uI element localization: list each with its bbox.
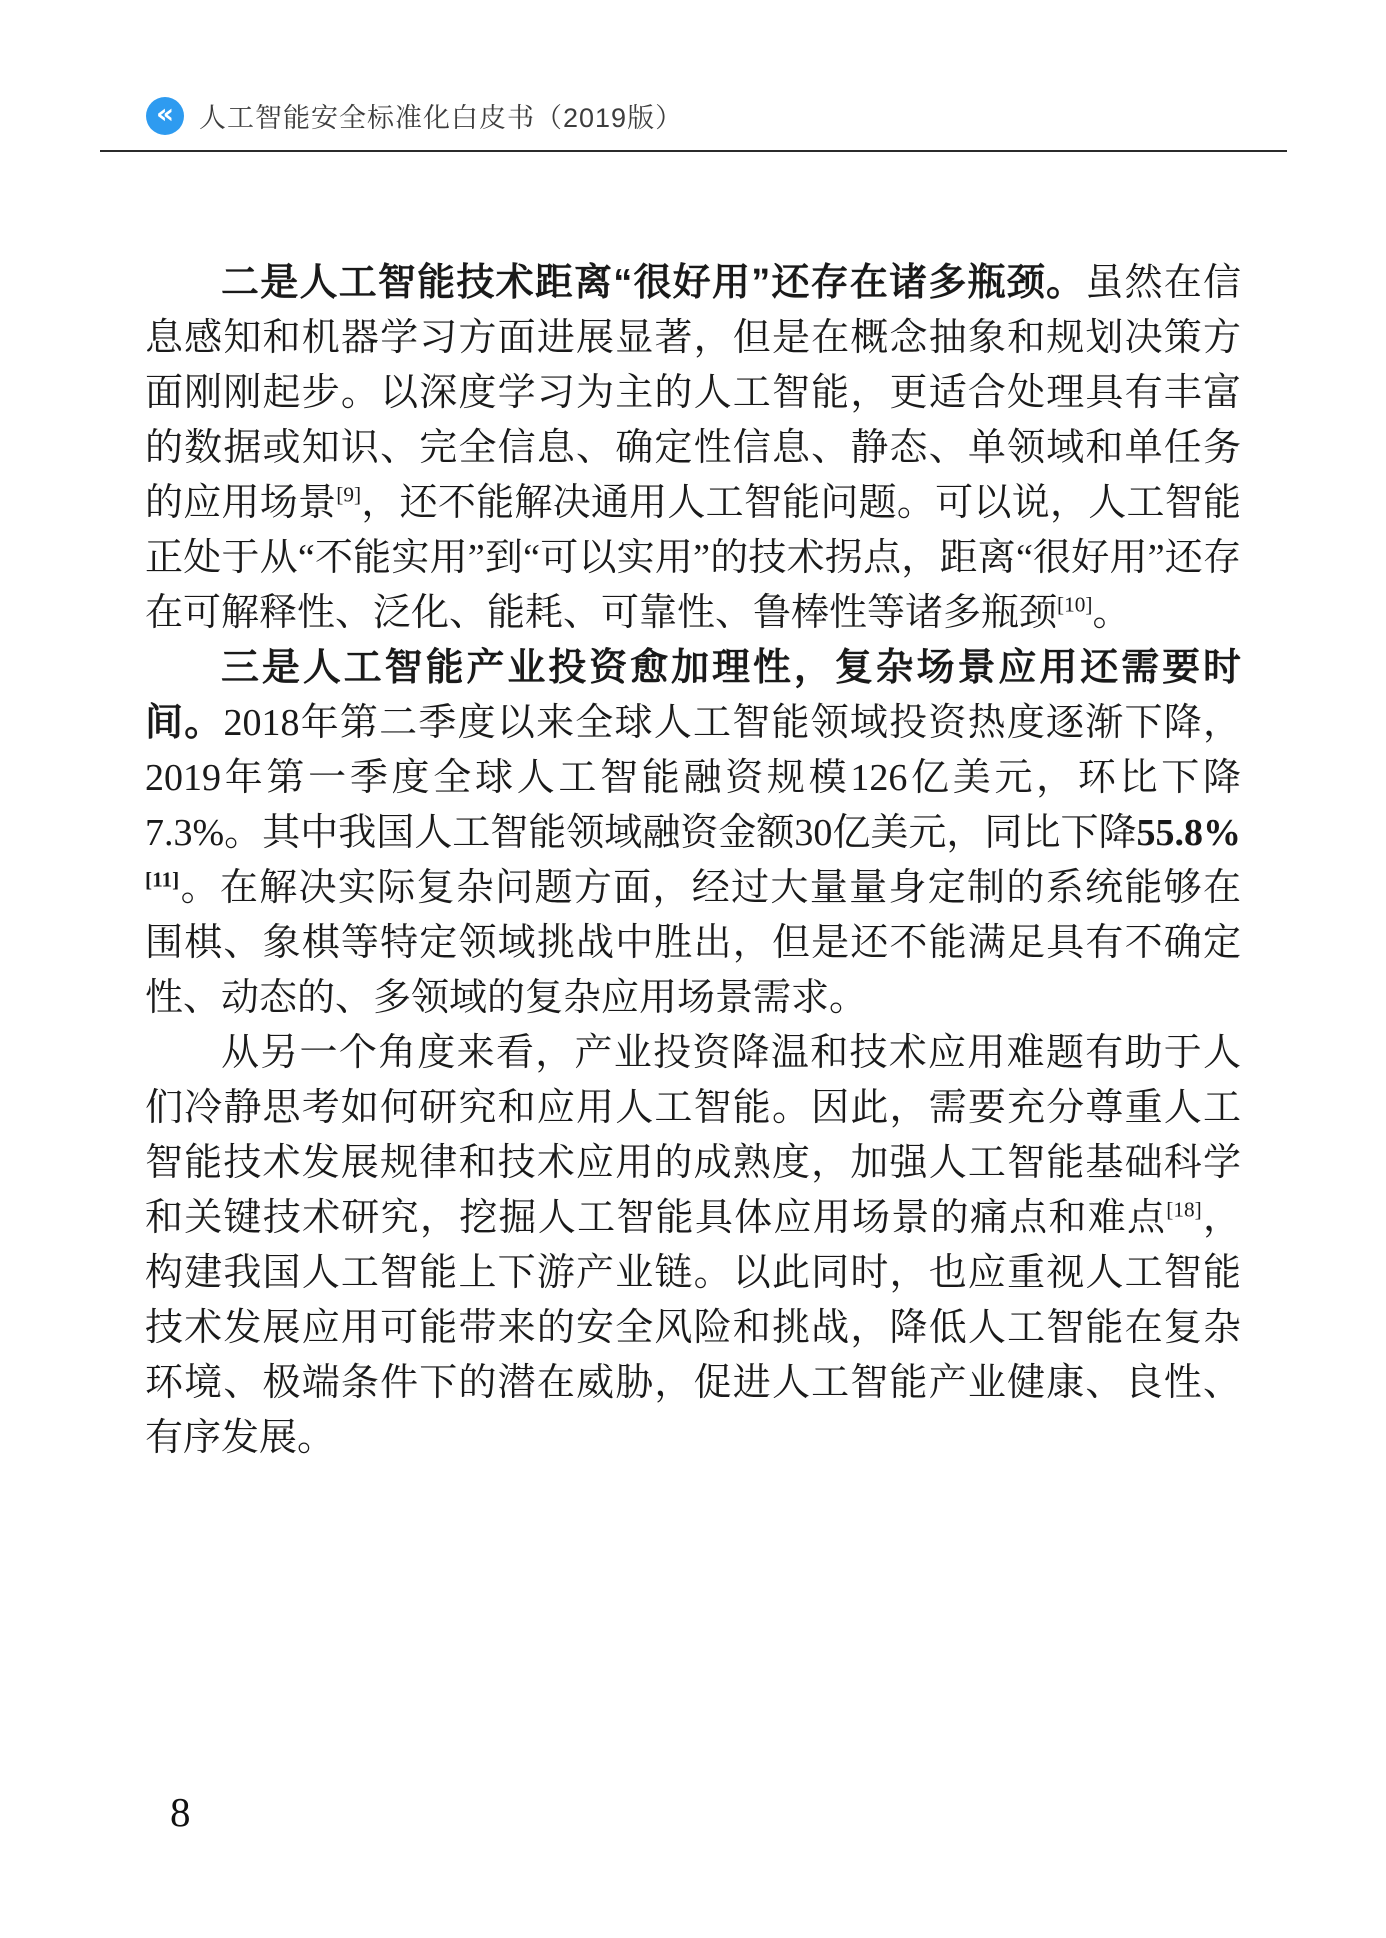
double-chevron-left-icon: « [146,97,184,135]
paragraph: 三是人工智能产业投资愈加理性，复杂场景应用还需要时间。2018年第二季度以来全球… [145,641,1241,1026]
paragraph: 二是人工智能技术距离“很好用”还存在诸多瓶颈。虽然在信息感知和机器学习方面进展显… [145,256,1241,641]
footnote-ref: [18] [1166,1197,1201,1221]
document-body: 二是人工智能技术距离“很好用”还存在诸多瓶颈。虽然在信息感知和机器学习方面进展显… [145,256,1241,1466]
document-page: « 人工智能安全标准化白皮书（2019版） 二是人工智能技术距离“很好用”还存在… [0,0,1386,1938]
paragraph: 从另一个角度来看，产业投资降温和技术应用难题有助于人们冷静思考如何研究和应用人工… [145,1026,1241,1466]
page-number: 8 [170,1788,191,1836]
footnote-ref: [10] [1057,592,1092,616]
text-segment: 二是人工智能技术距离“很好用”还存在诸多瓶颈。 [221,262,1085,304]
text-segment: 55.8% [1137,812,1242,854]
footnote-ref: [11] [145,867,179,891]
header-title: 人工智能安全标准化白皮书（2019版） [199,96,683,135]
text-segment: 从另一个角度来看，产业投资降温和技术应用难题有助于人们冷静思考如何研究和应用人工… [145,1032,1241,1239]
text-segment: 。在解决实际复杂问题方面，经过大量量身定制的系统能够在围棋、象棋等特定领域挑战中… [145,867,1241,1019]
page-header: « 人工智能安全标准化白皮书（2019版） [146,96,683,135]
text-segment: 2018年第二季度以来全球人工智能领域投资热度逐渐下降，2019年第一季度全球人… [145,702,1241,854]
footnote-ref: [9] [336,482,361,506]
header-divider [100,150,1287,152]
text-segment: 。 [1092,592,1130,634]
